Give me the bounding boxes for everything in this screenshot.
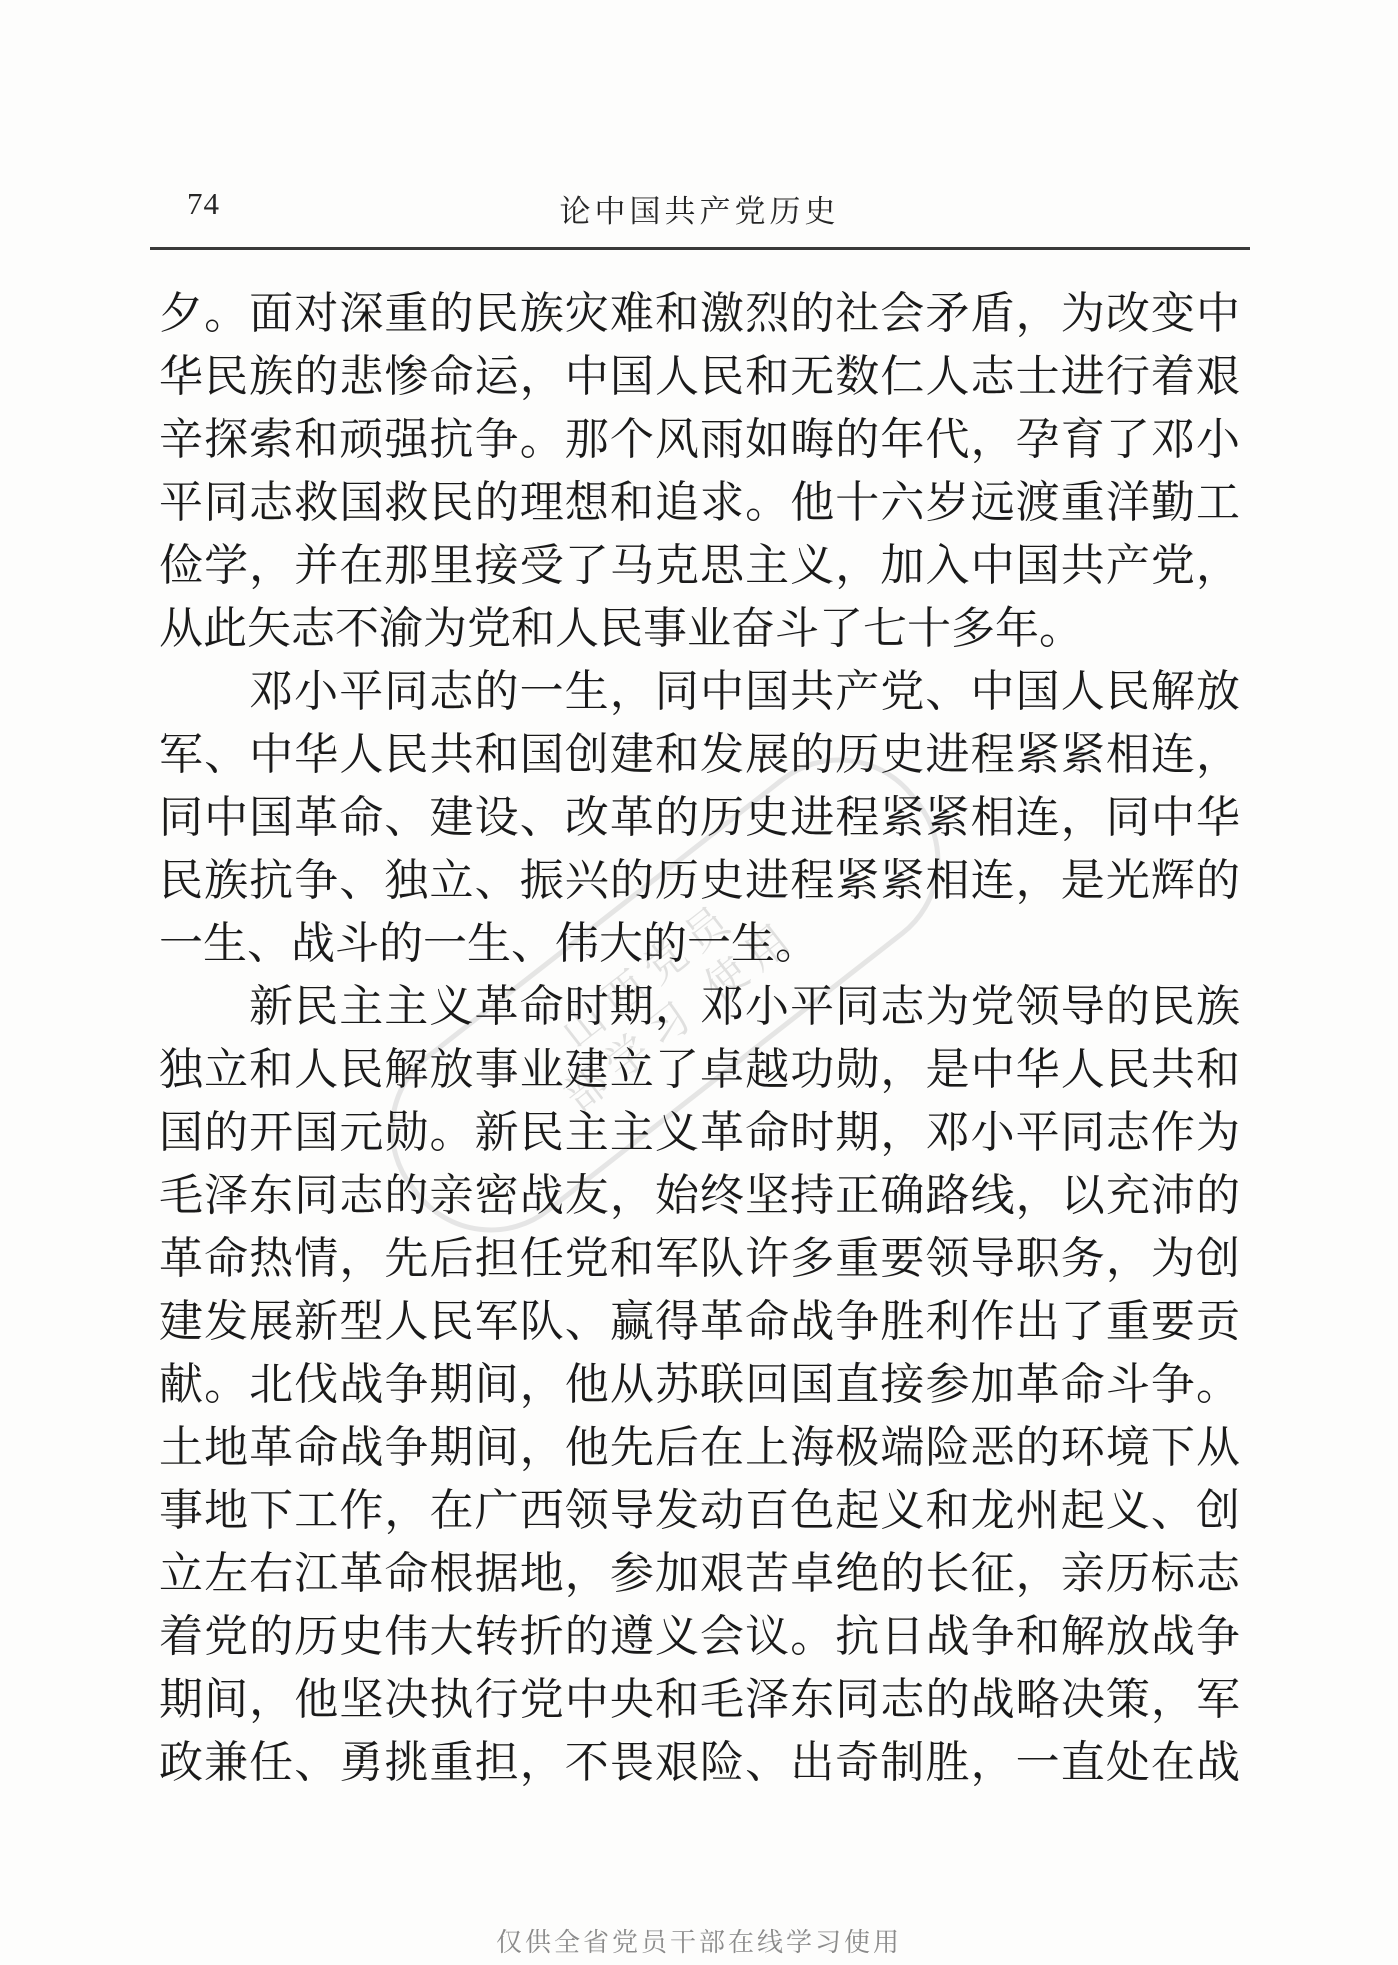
- body-text-line: 同中国革命、建设、改革的历史进程紧紧相连，同中华: [159, 786, 1240, 849]
- book-page: 74 论中国共产党历史 山西党员 部学习 使用 夕。面对深重的民族灾难和激烈的社…: [0, 0, 1398, 1965]
- body-text-line: 土地革命战争期间，他先后在上海极端险恶的环境下从: [159, 1416, 1240, 1479]
- body-text-line: 平同志救国救民的理想和追求。他十六岁远渡重洋勤工: [159, 471, 1240, 534]
- body-text-line: 国的开国元勋。新民主主义革命时期，邓小平同志作为: [159, 1101, 1240, 1164]
- body-text-line: 毛泽东同志的亲密战友，始终坚持正确路线，以充沛的: [159, 1164, 1240, 1227]
- body-text-line: 华民族的悲惨命运，中国人民和无数仁人志士进行着艰: [159, 345, 1240, 408]
- body-text-line: 着党的历史伟大转折的遵义会议。抗日战争和解放战争: [159, 1605, 1240, 1668]
- body-text: 夕。面对深重的民族灾难和激烈的社会矛盾，为改变中 华民族的悲惨命运，中国人民和无…: [159, 282, 1240, 1794]
- body-text-line: 政兼任、勇挑重担，不畏艰险、出奇制胜，一直处在战: [159, 1731, 1240, 1794]
- body-text-line: 夕。面对深重的民族灾难和激烈的社会矛盾，为改变中: [159, 282, 1240, 345]
- body-text-line: 俭学，并在那里接受了马克思主义，加入中国共产党，: [159, 534, 1240, 597]
- body-text-line: 立左右江革命根据地，参加艰苦卓绝的长征，亲历标志: [159, 1542, 1240, 1605]
- running-title: 论中国共产党历史: [159, 186, 1240, 231]
- page-header: 74 论中国共产党历史: [159, 186, 1240, 226]
- footer-notice: 仅供全省党员干部在线学习使用: [496, 1927, 902, 1957]
- page-footer: 仅供全省党员干部在线学习使用: [0, 1922, 1398, 1959]
- body-text-line: 事地下工作，在广西领导发动百色起义和龙州起义、创: [159, 1479, 1240, 1542]
- header-rule: [150, 247, 1250, 250]
- body-text-line: 独立和人民解放事业建立了卓越功勋，是中华人民共和: [159, 1038, 1240, 1101]
- body-text-line: 一生、战斗的一生、伟大的一生。: [159, 912, 1240, 975]
- body-text-line: 新民主主义革命时期，邓小平同志为党领导的民族: [159, 975, 1240, 1038]
- body-text-line: 献。北伐战争期间，他从苏联回国直接参加革命斗争。: [159, 1353, 1240, 1416]
- page-number: 74: [187, 186, 220, 222]
- body-text-line: 军、中华人民共和国创建和发展的历史进程紧紧相连，: [159, 723, 1240, 786]
- body-text-line: 革命热情，先后担任党和军队许多重要领导职务，为创: [159, 1227, 1240, 1290]
- body-text-line: 期间，他坚决执行党中央和毛泽东同志的战略决策，军: [159, 1668, 1240, 1731]
- body-text-line: 邓小平同志的一生，同中国共产党、中国人民解放: [159, 660, 1240, 723]
- body-text-line: 民族抗争、独立、振兴的历史进程紧紧相连，是光辉的: [159, 849, 1240, 912]
- body-text-line: 从此矢志不渝为党和人民事业奋斗了七十多年。: [159, 597, 1240, 660]
- body-text-line: 建发展新型人民军队、赢得革命战争胜利作出了重要贡: [159, 1290, 1240, 1353]
- body-text-line: 辛探索和顽强抗争。那个风雨如晦的年代，孕育了邓小: [159, 408, 1240, 471]
